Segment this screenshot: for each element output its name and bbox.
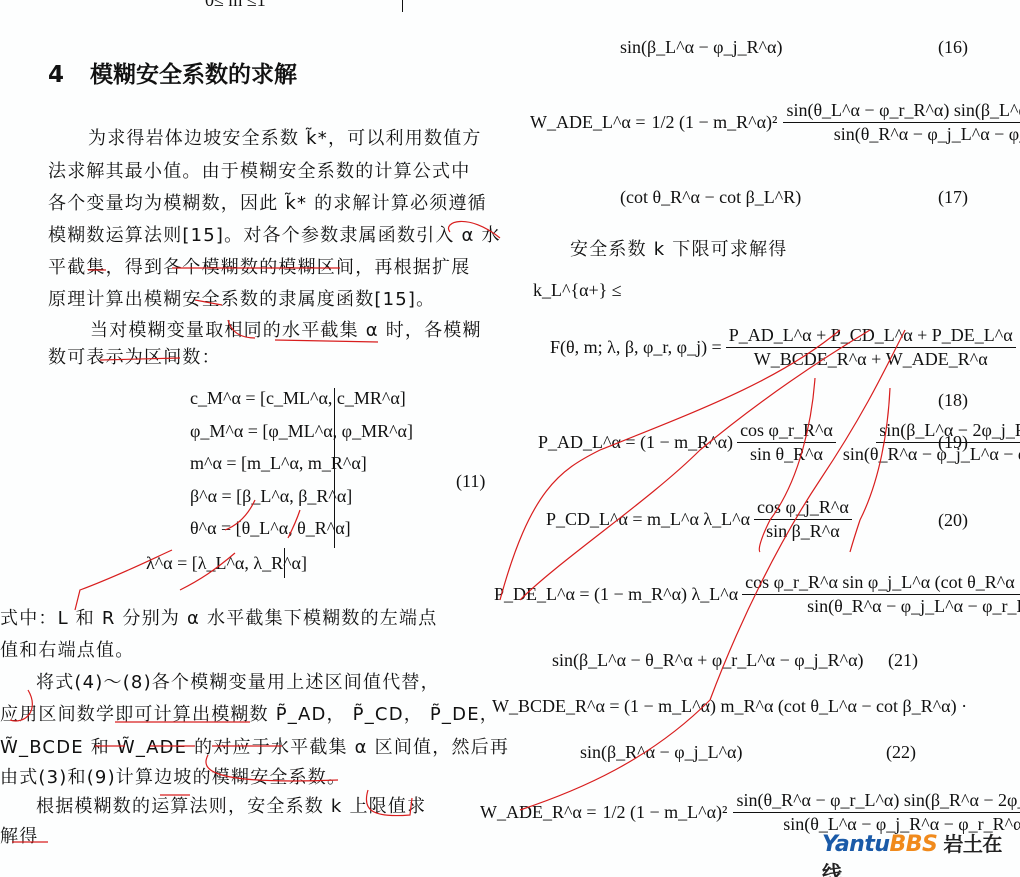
eq17-coef: 1/2 (1 − m_R^α)² <box>652 112 778 133</box>
equation-21: P_DE_L^α = (1 − m_R^α) λ_L^α cos φ_r_R^α… <box>494 572 1020 617</box>
paragraph-line: 各个变量均为模糊数，因此 k̃* 的求解计算必须遵循 <box>48 189 487 215</box>
right-brace <box>334 388 335 548</box>
paragraph-line: 根据模糊数的运算法则，安全系数 k 上限值求 <box>36 792 426 818</box>
paragraph-line: 平截集，得到各个模糊数的模糊区间，再根据扩展 <box>48 253 470 279</box>
eq22-lhs: W_BCDE_R^α = (1 − m_L^α) m_R^α (cot θ_L^… <box>492 696 967 717</box>
eq20-fraction: cos φ_j_R^α sin β_R^α <box>754 497 852 542</box>
eq18-fraction: P_AD_L^α + P_CD_L^α + P_DE_L^α W_BCDE_R^… <box>726 325 1016 370</box>
eq19-fraction-1: cos φ_r_R^α sin θ_R^α <box>737 420 836 465</box>
eq18-numerator: P_AD_L^α + P_CD_L^α + P_DE_L^α <box>726 325 1016 348</box>
paragraph-line: 由式(3)和(9)计算边坡的模糊安全系数。 <box>0 763 346 789</box>
paragraph-line: 为求得岩体边坡安全系数 k̃*，可以利用数值方 <box>88 124 482 150</box>
eq11-line: c_M^α = [c_ML^α, c_MR^α] <box>190 388 406 409</box>
eq21-lhs: P_DE_L^α = (1 − m_R^α) λ_L^α <box>494 584 738 605</box>
equation-number: (20) <box>938 510 968 531</box>
eq17-numerator: sin(θ_L^α − φ_r_R^α) sin(β_L^α − 2φ_j_R^… <box>783 100 1020 123</box>
paragraph-line: 值和右端点值。 <box>0 636 134 662</box>
equation-number: (11) <box>456 471 485 492</box>
eq19-fraction-2: sin(β_L^α − 2φ_j_R^α) sin(θ_R^α − φ_j_L^… <box>840 420 1020 465</box>
eq23-lhs: W_ADE_R^α = <box>480 802 597 823</box>
section-number: 4 <box>48 62 64 88</box>
eq22-continuation: sin(β_R^α − φ_j_L^α) <box>580 742 742 763</box>
equation-number: (16) <box>938 37 968 58</box>
paragraph-line: 当对模糊变量取相同的水平截集 α 时，各模糊 <box>90 316 482 342</box>
eq18-lhs: F(θ, m; λ, β, φ_r, φ_j) = <box>550 337 722 358</box>
eq11-line: β^α = [β_L^α, β_R^α] <box>190 486 352 507</box>
section-title: 模糊安全系数的求解 <box>90 62 297 88</box>
eq21-fraction: cos φ_r_R^α sin φ_j_L^α (cot θ_R^α − cot… <box>742 572 1020 617</box>
paragraph-line: 式中：L 和 R 分别为 α 水平截集下模糊数的左端点 <box>0 604 437 630</box>
paragraph-line: W̃_BCDE 和 W̃_ADE 的对应于水平截集 α 区间值，然后再 <box>0 733 509 759</box>
eq23-coef: 1/2 (1 − m_L^α)² <box>603 802 728 823</box>
paragraph-line: 法求解其最小值。由于模糊安全系数的计算公式中 <box>48 157 470 183</box>
eq11-line: λ^α = [λ_L^α, λ_R^α] <box>146 553 307 574</box>
eq11-line: θ^α = [θ_L^α, θ_R^α] <box>190 518 351 539</box>
brace-fragment <box>402 0 403 12</box>
right-brace-lower <box>284 548 285 578</box>
equation-number: (21) <box>888 650 918 671</box>
equation-20: P_CD_L^α = m_L^α λ_L^α cos φ_j_R^α sin β… <box>546 497 852 542</box>
equation-number: (17) <box>938 187 968 208</box>
eq17-fraction: sin(θ_L^α − φ_r_R^α) sin(β_L^α − 2φ_j_R^… <box>783 100 1020 145</box>
top-fragment: 0≤ m ≤1 <box>205 0 266 11</box>
eq19-f1-den: sin θ_R^α <box>747 443 826 465</box>
eq21-num: cos φ_r_R^α sin φ_j_L^α (cot θ_R^α − cot… <box>742 572 1020 595</box>
watermark-bbs: BBS <box>890 832 938 857</box>
eq17-denominator: sin(θ_R^α − φ_j_L^α − φ_r_L^α) <box>831 123 1020 145</box>
paragraph-line: 原理计算出模糊安全系数的隶属度函数[15]。 <box>48 285 435 311</box>
paragraph-line: 解得 <box>0 822 38 848</box>
section-heading: 4 模糊安全系数的求解 <box>48 56 297 89</box>
equation-18: F(θ, m; λ, β, φ_r, φ_j) = P_AD_L^α + P_C… <box>550 325 1016 370</box>
lower-limit-text: 安全系数 k 下限可求解得 <box>570 235 787 261</box>
paragraph-line: 应用区间数学即可计算出模糊数 P̃_AD， P̃_CD， P̃_DE， <box>0 700 499 726</box>
eq20-num: cos φ_j_R^α <box>754 497 852 520</box>
eq16-expr: sin(β_L^α − φ_j_R^α) <box>620 37 782 58</box>
equation-number: (22) <box>886 742 916 763</box>
paragraph-line: 数可表示为区间数： <box>48 343 221 369</box>
eq20-den: sin β_R^α <box>763 520 843 542</box>
eq17-lhs: W_ADE_L^α = <box>530 112 646 133</box>
eq23-num: sin(θ_R^α − φ_r_L^α) sin(β_R^α − 2φ_j_L^… <box>733 790 1020 813</box>
equation-number: (18) <box>938 390 968 411</box>
watermark-logo: YantuBBS岩土在线 <box>822 828 1020 854</box>
k-lhs: k_L^{α+} ≤ <box>533 280 622 301</box>
eq11-line: m^α = [m_L^α, m_R^α] <box>190 453 367 474</box>
watermark-yantu: Yantu <box>822 832 890 857</box>
eq21-den: sin(θ_R^α − φ_j_L^α − φ_r_L^α) <box>804 595 1020 617</box>
equation-17: W_ADE_L^α = 1/2 (1 − m_R^α)² sin(θ_L^α −… <box>530 100 1020 145</box>
eq19-f1-num: cos φ_r_R^α <box>737 420 836 443</box>
equation-number: (19) <box>938 432 968 453</box>
paragraph-line: 将式(4)～(8)各个模糊变量用上述区间值代替， <box>36 668 440 694</box>
eq19-f2-den: sin(θ_R^α − φ_j_L^α − φ_r_L^α) <box>840 443 1020 465</box>
eq18-denominator: W_BCDE_R^α + W_ADE_R^α <box>751 348 991 370</box>
eq20-lhs: P_CD_L^α = m_L^α λ_L^α <box>546 509 750 530</box>
eq11-line: φ_M^α = [φ_ML^α, φ_MR^α] <box>190 421 413 442</box>
eq19-lhs: P_AD_L^α = (1 − m_R^α) <box>538 432 733 453</box>
eq17-continuation: (cot θ_R^α − cot β_L^R) <box>620 187 801 208</box>
paragraph-line: 模糊数运算法则[15]。对各个参数隶属函数引入 α 水 <box>48 221 501 247</box>
eq21-continuation: sin(β_L^α − θ_R^α + φ_r_L^α − φ_j_R^α) <box>552 650 864 671</box>
